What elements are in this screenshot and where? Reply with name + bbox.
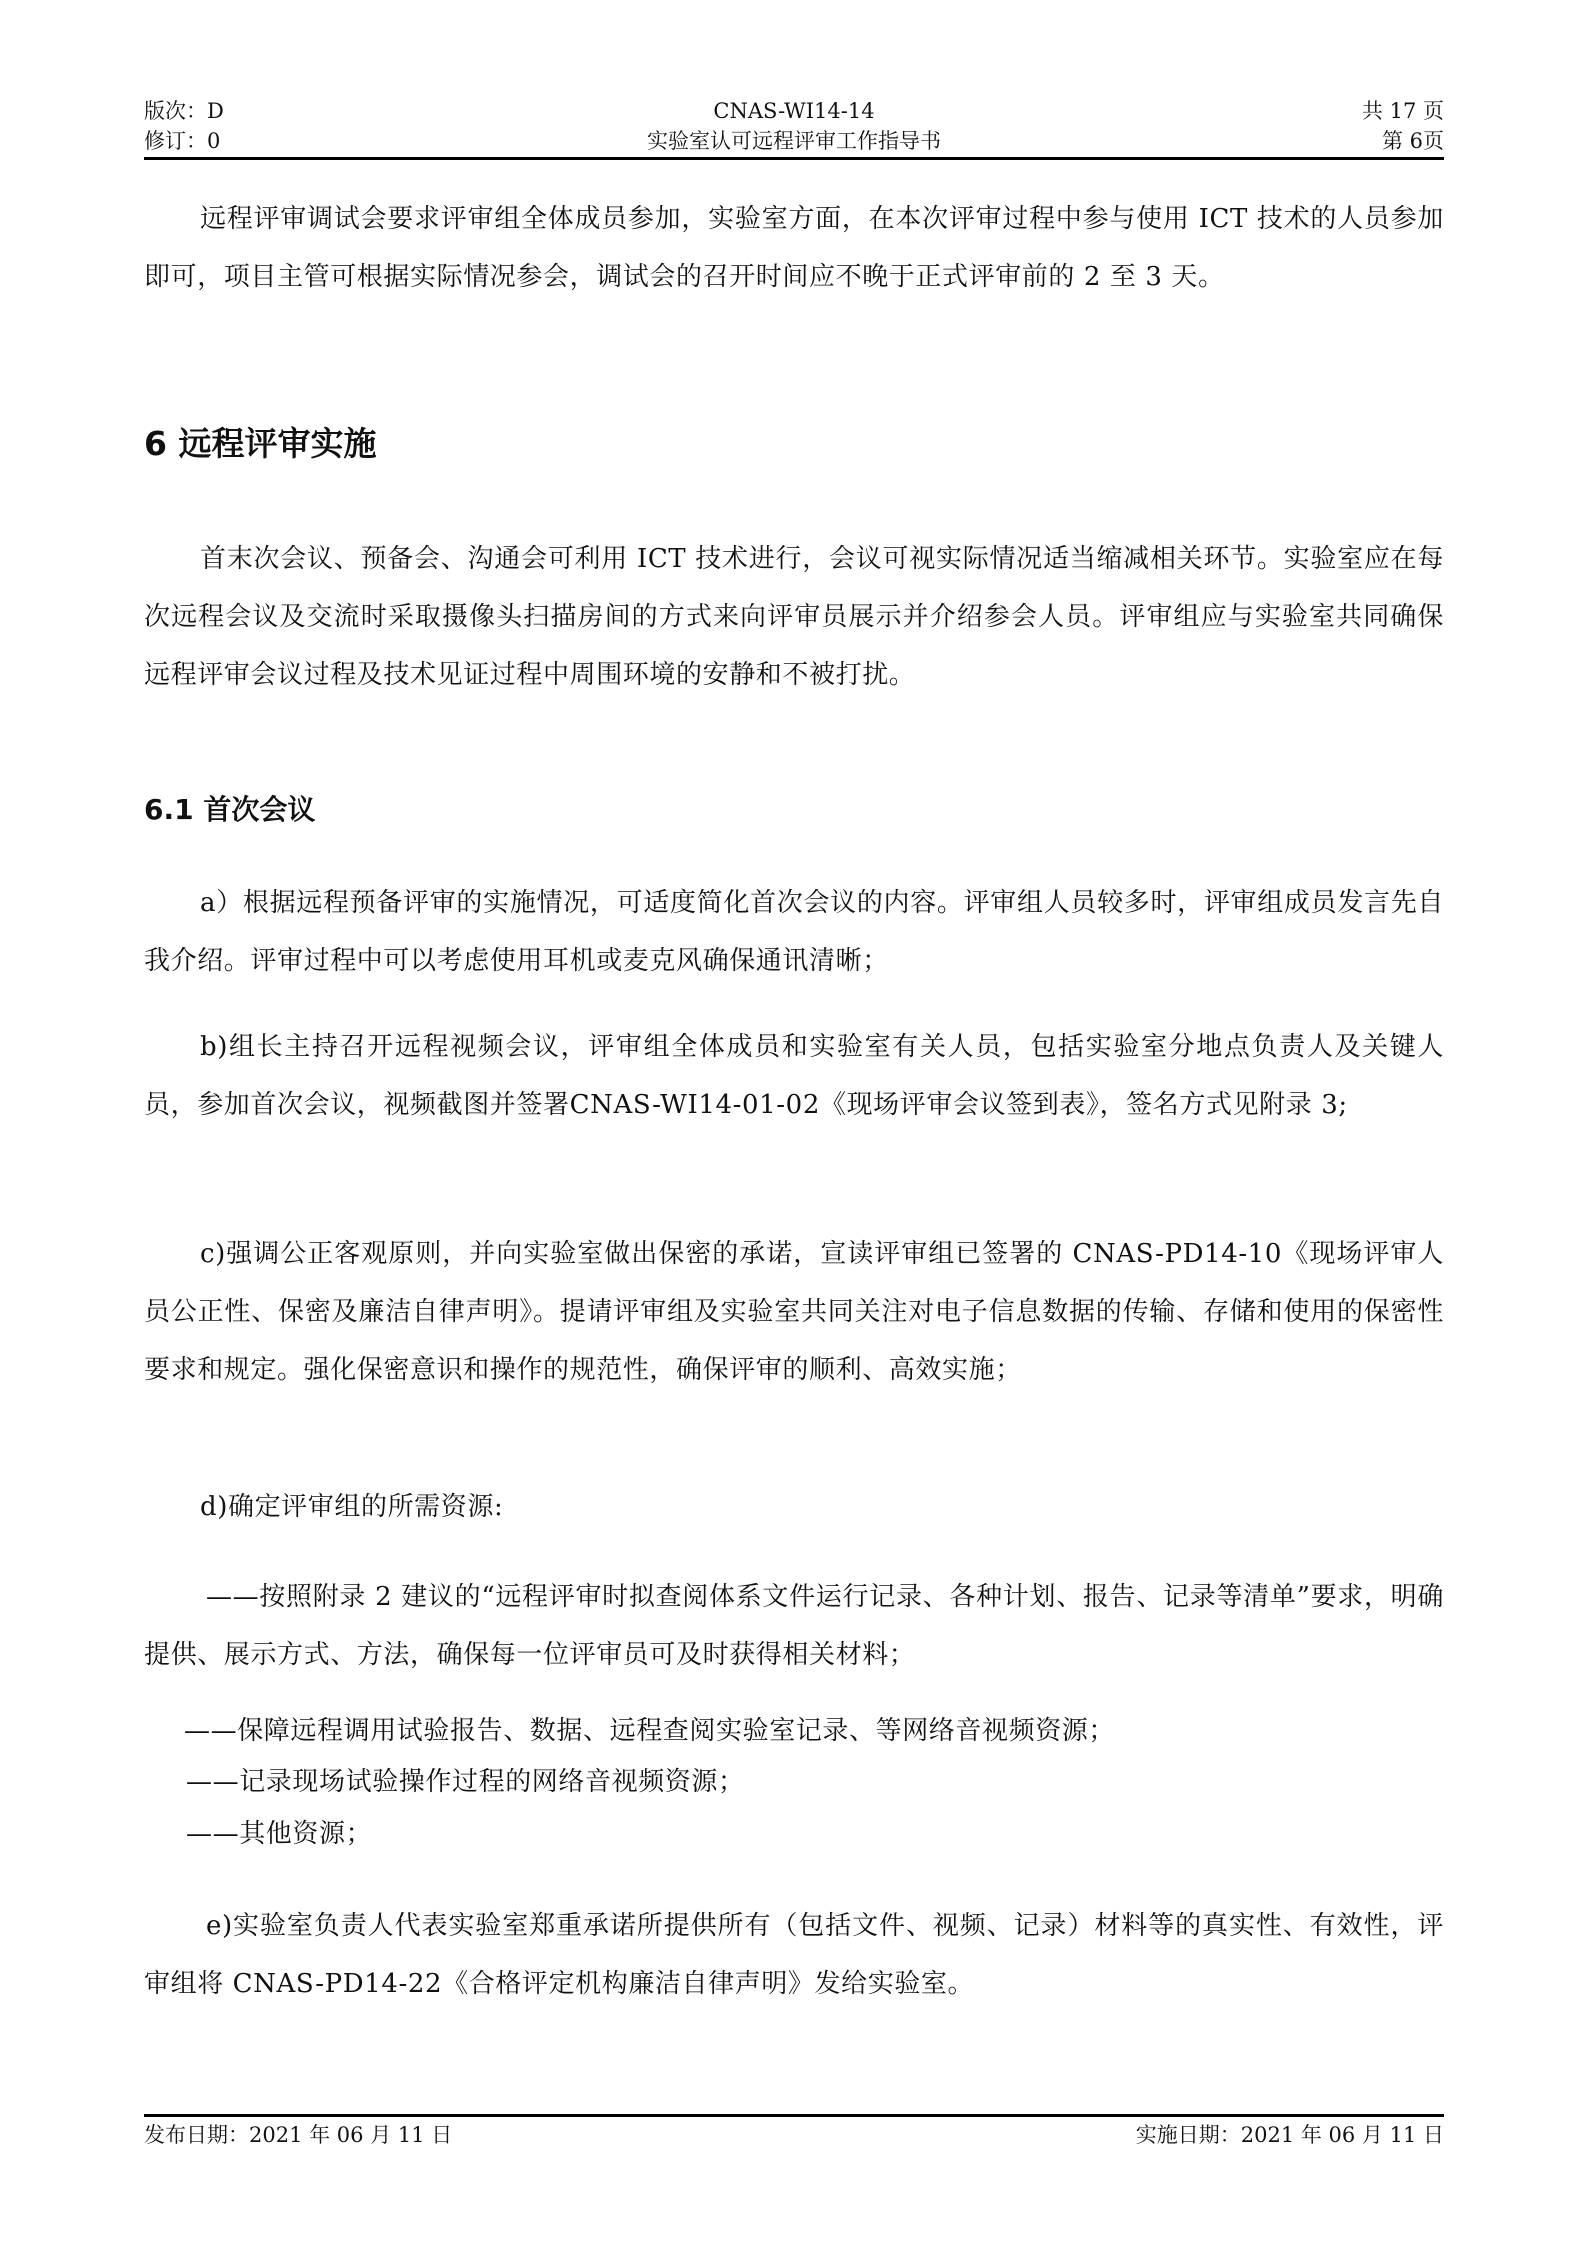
- doc-title: 实验室认可远程评审工作指导书: [144, 126, 1444, 156]
- publish-date: 发布日期：2021 年 06 月 11 日: [144, 2118, 452, 2152]
- item-b: b)组长主持召开远程视频会议，评审组全体成员和实验室有关人员，包括实验室分地点负…: [144, 1018, 1444, 1134]
- effective-date: 实施日期：2021 年 06 月 11 日: [1136, 2118, 1444, 2152]
- section6-paragraph: 首末次会议、预备会、沟通会可利用 ICT 技术进行，会议可视实际情况适当缩减相关…: [144, 530, 1444, 704]
- intro-paragraph: 远程评审调试会要求评审组全体成员参加，实验室方面，在本次评审过程中参与使用 IC…: [144, 190, 1444, 306]
- item-a: a）根据远程预备评审的实施情况，可适度简化首次会议的内容。评审组人员较多时，评审…: [144, 874, 1444, 990]
- header-row-1: 版次：D CNAS-WI14-14 共 17 页: [144, 96, 1444, 126]
- footer-rule: [144, 2114, 1444, 2117]
- item-c: c)强调公正客观原则，并向实验室做出保密的承诺，宣读评审组已签署的 CNAS-P…: [144, 1225, 1444, 1399]
- header-row-2: 修订：0 实验室认可远程评审工作指导书 第 6页: [144, 126, 1444, 156]
- item-d-sub2: ——保障远程调用试验报告、数据、远程查阅实验室记录、等网络音视频资源；: [184, 1711, 1115, 1751]
- item-d: d)确定评审组的所需资源:: [144, 1487, 1444, 1527]
- doc-code: CNAS-WI14-14: [144, 96, 1444, 126]
- section-heading-6-1: 6.1 首次会议: [144, 790, 315, 830]
- section-heading-6: 6 远程评审实施: [144, 422, 376, 466]
- header-rule: [144, 157, 1444, 160]
- current-page: 第 6页: [1382, 126, 1444, 156]
- item-d-sub1: ——按照附录 2 建议的“远程评审时拟查阅体系文件运行记录、各种计划、报告、记录…: [144, 1568, 1444, 1684]
- item-d-sub3: ——记录现场试验操作过程的网络音视频资源；: [186, 1762, 745, 1802]
- footer-row: 发布日期：2021 年 06 月 11 日 实施日期：2021 年 06 月 1…: [144, 2118, 1444, 2152]
- document-page: 版次：D CNAS-WI14-14 共 17 页 修订：0 实验室认可远程评审工…: [0, 0, 1588, 2245]
- total-pages: 共 17 页: [1362, 96, 1444, 126]
- item-e: e)实验室负责人代表实验室郑重承诺所提供所有（包括文件、视频、记录）材料等的真实…: [144, 1897, 1444, 2013]
- item-d-sub4: ——其他资源；: [186, 1814, 372, 1854]
